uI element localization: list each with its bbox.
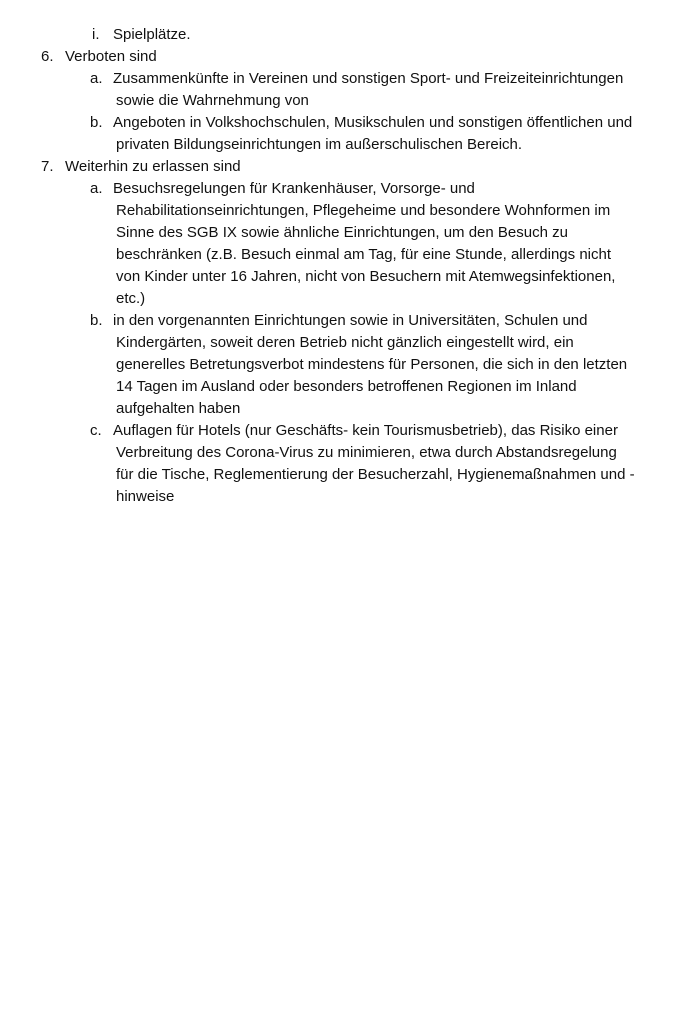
list-item-text: Kindergärten, soweit deren Betrieb nicht… [116, 332, 574, 354]
list-marker: i. [92, 24, 100, 46]
list-marker: a. [90, 178, 103, 200]
list-item-text: Spielplätze. [113, 24, 191, 46]
list-item-text: Verbreitung des Corona-Virus zu minimier… [116, 442, 617, 464]
list-item-text: etc.) [116, 288, 145, 310]
list-marker: c. [90, 420, 102, 442]
list-item-text: Besuchsregelungen für Krankenhäuser, Vor… [113, 178, 475, 200]
list-item-text: Rehabilitationseinrichtungen, Pflegeheim… [116, 200, 610, 222]
list-item-text: hinweise [116, 486, 174, 508]
list-item-text: aufgehalten haben [116, 398, 240, 420]
list-item-text: 14 Tagen im Ausland oder besonders betro… [116, 376, 577, 398]
list-marker: b. [90, 112, 103, 134]
list-item-text: sowie die Wahrnehmung von [116, 90, 309, 112]
list-item-text: in den vorgenannten Einrichtungen sowie … [113, 310, 587, 332]
list-item-text: Weiterhin zu erlassen sind [65, 156, 241, 178]
list-marker: a. [90, 68, 103, 90]
list-item-text: beschränken (z.B. Besuch einmal am Tag, … [116, 244, 611, 266]
list-item-text: Verboten sind [65, 46, 157, 68]
list-item-text: von Kinder unter 16 Jahren, nicht von Be… [116, 266, 615, 288]
document-page: i. Spielplätze. 6. Verboten sind a. Zusa… [0, 0, 691, 1024]
list-item-text: privaten Bildungseinrichtungen im außers… [116, 134, 522, 156]
list-item-text: Angeboten in Volkshochschulen, Musikschu… [113, 112, 632, 134]
list-item-text: Zusammenkünfte in Vereinen und sonstigen… [113, 68, 623, 90]
list-item-text: Auflagen für Hotels (nur Geschäfts- kein… [113, 420, 618, 442]
list-item-text: generelles Betretungsverbot mindestens f… [116, 354, 627, 376]
list-marker: 6. [41, 46, 54, 68]
list-item-text: für die Tische, Reglementierung der Besu… [116, 464, 635, 486]
list-marker: b. [90, 310, 103, 332]
list-marker: 7. [41, 156, 54, 178]
list-item-text: Sinne des SGB IX sowie ähnliche Einricht… [116, 222, 568, 244]
